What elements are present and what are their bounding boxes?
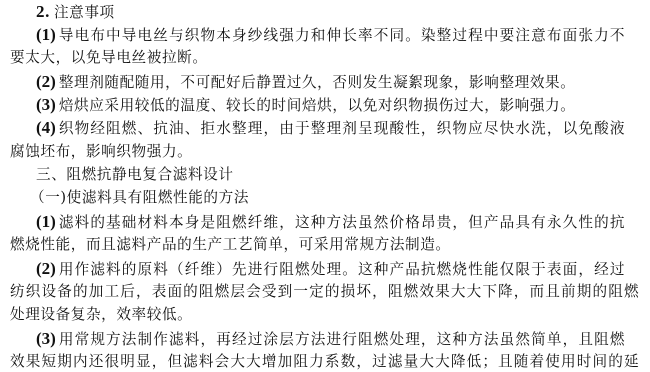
note-item-2: (2)整理剂随配随用，不可配好后静置过久，否则发生凝絮现象，影响整理效果。 — [36, 70, 575, 93]
method-item-2-line3: 处理设备复杂，效率较低。 — [10, 303, 192, 326]
paragraph-text: 导电布中导电丝与织物本身纱线强力和伸长率不同。染整过程中要注意布面张力不 — [59, 27, 626, 44]
method-item-3-line1: (3)用常规方法制作滤料，再经过涂层方法进行阻燃处理，这种方法虽然简单，且阻燃 — [36, 327, 626, 350]
paragraph-text: 用作滤料的原料（纤维）先进行阻燃处理。这种产品抗燃烧性能仅限于表面，经过 — [59, 261, 626, 278]
section-number: 2. — [36, 2, 50, 21]
paragraph-text: 用常规方法制作滤料，再经过涂层方法进行阻燃处理，这种方法虽然简单，且阻燃 — [59, 331, 626, 348]
note-item-3: (3)焙烘应采用较低的温度、较长的时间焙烘，以免对织物损伤过大，影响强力。 — [36, 93, 575, 116]
paragraph-text: 滤料的基础材料本身是阻燃纤维，这种方法虽然价格昂贵，但产品具有永久性的抗 — [59, 214, 626, 231]
method-item-2-line2: 纺织设备的加工后，表面的阻燃层会受到一定的损坏，阻燃效果大大下降，而且前期的阻燃 — [10, 280, 640, 303]
item-number: (2) — [36, 72, 56, 91]
paragraph-text: 整理剂随配随用，不可配好后静置过久，否则发生凝絮现象，影响整理效果。 — [59, 74, 576, 91]
subsection-heading: （一)使滤料具有阻燃性能的方法 — [30, 186, 249, 209]
note-item-4-line1: (4)织物经阻燃、抗油、拒水整理，由于整理剂呈现酸性，织物应尽快水洗，以免酸液 — [36, 116, 626, 139]
section-title: 注意事项 — [54, 4, 115, 21]
item-number: (4) — [36, 118, 56, 137]
method-item-2-line1: (2)用作滤料的原料（纤维）先进行阻燃处理。这种产品抗燃烧性能仅限于表面，经过 — [36, 257, 626, 280]
section-2-heading: 2.注意事项 — [36, 0, 115, 23]
section-3-heading: 三、阻燃抗静电复合滤料设计 — [36, 163, 234, 186]
note-item-4-line2: 腐蚀坯布，影响织物强力。 — [10, 140, 192, 163]
paragraph-text: 焙烘应采用较低的温度、较长的时间焙烘，以免对织物损伤过大，影响强力。 — [59, 97, 576, 114]
method-item-1-line1: (1)滤料的基础材料本身是阻燃纤维，这种方法虽然价格昂贵，但产品具有永久性的抗 — [36, 210, 626, 233]
paragraph-text: 织物经阻燃、抗油、拒水整理，由于整理剂呈现酸性，织物应尽快水洗，以免酸液 — [59, 120, 626, 137]
note-item-1-line2: 要太大，以免导电丝被拉断。 — [10, 46, 208, 69]
method-item-3-line2: 效果短期内还很明显，但滤料会大大增加阻力系数，过滤量大大降低；且随着使用时间的延 — [10, 350, 640, 372]
method-item-1-line2: 燃烧性能，而且滤料产品的生产工艺简单，可采用常规方法制造。 — [10, 233, 451, 256]
item-number: (3) — [36, 329, 56, 348]
note-item-1-line1: (1)导电布中导电丝与织物本身纱线强力和伸长率不同。染整过程中要注意布面张力不 — [36, 23, 626, 46]
item-number: (2) — [36, 259, 56, 278]
item-number: (3) — [36, 95, 56, 114]
item-number: (1) — [36, 25, 56, 44]
item-number: (1) — [36, 212, 56, 231]
